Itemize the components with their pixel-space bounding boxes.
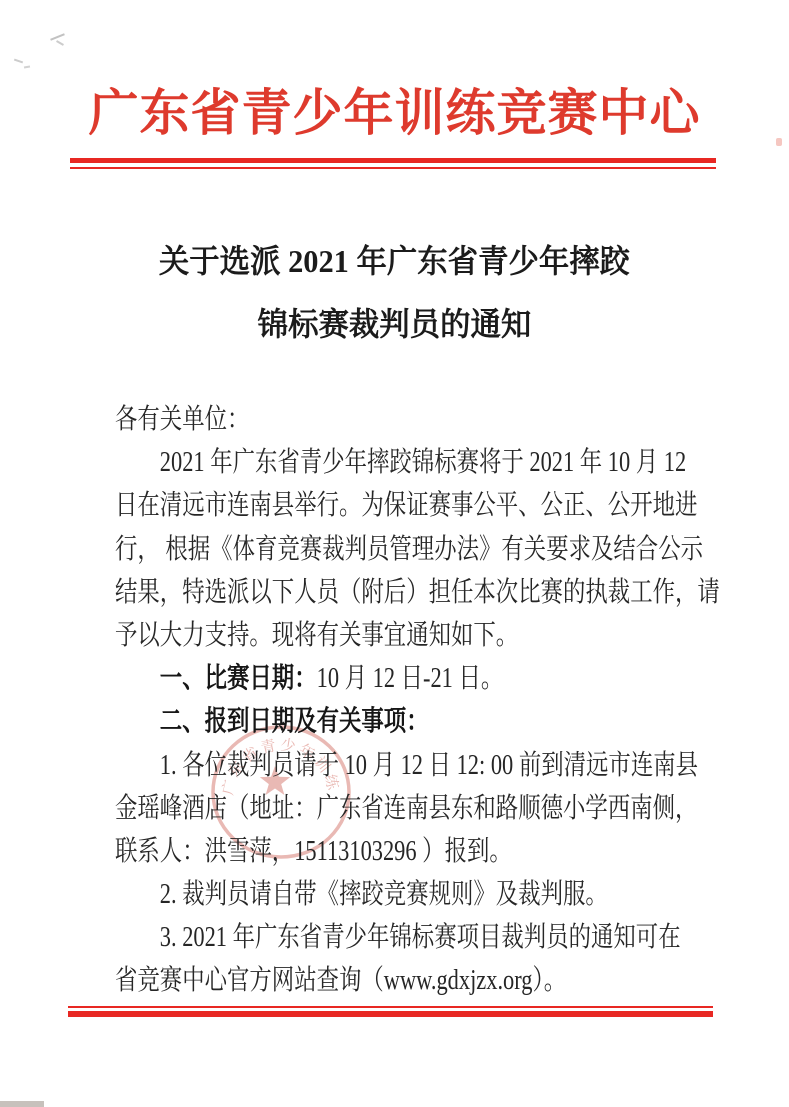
body-line: 予以大力支持。现将有关事宜通知如下。 <box>115 614 643 657</box>
scan-mark <box>24 65 30 68</box>
body-text: 10 月 12 日-21 日。 <box>317 663 504 694</box>
document-body: 各有关单位：2021 年广东省青少年摔跤锦标赛将于 2021 年 10 月 12… <box>115 398 775 1003</box>
body-text: 3. 2021 年广东省青少年锦标赛项目裁判员的通知可在 <box>160 922 681 953</box>
body-text: 各有关单位： <box>115 404 249 435</box>
letterhead-divider <box>70 158 716 169</box>
body-text: 行， 根据《体育竞赛裁判员管理办法》有关要求及结合公示 <box>115 534 703 565</box>
body-text: 日在清远市连南县举行。为保证赛事公平、公正、公开地进 <box>115 490 697 521</box>
body-line: 一、比赛日期：10 月 12 日-21 日。 <box>115 657 643 700</box>
body-line: 二、报到日期及有关事项： <box>115 700 643 743</box>
body-line: 2021 年广东省青少年摔跤锦标赛将于 2021 年 10 月 12 <box>115 441 643 484</box>
letterhead-org-name: 广东省青少年训练竞赛中心 <box>0 84 789 142</box>
scan-mark <box>50 33 65 40</box>
body-line: 联系人：洪雪萍，15113103296 ）报到。 <box>115 830 643 873</box>
body-line: 1. 各位裁判员请于 10 月 12 日 12: 00 前到清远市连南县 <box>115 744 643 787</box>
scan-mark <box>56 40 64 46</box>
body-text: 予以大力支持。现将有关事宜通知如下。 <box>115 620 518 651</box>
document-page: 广东省青少年训练竞赛中心 关于选派 2021 年广东省青少年摔跤 锦标赛裁判员的… <box>0 0 789 1107</box>
document-title-line2: 锦标赛裁判员的通知 <box>20 293 770 356</box>
divider-thick-line <box>68 1011 713 1017</box>
document-title: 关于选派 2021 年广东省青少年摔跤 锦标赛裁判员的通知 <box>0 230 789 356</box>
body-text: 1. 各位裁判员请于 10 月 12 日 12: 00 前到清远市连南县 <box>160 750 698 781</box>
body-text-bold: 二、报到日期及有关事项： <box>160 706 429 737</box>
body-line: 各有关单位： <box>115 398 643 441</box>
document-title-line1: 关于选派 2021 年广东省青少年摔跤 <box>20 230 770 293</box>
body-text: 2021 年广东省青少年摔跤锦标赛将于 2021 年 10 月 12 <box>160 447 686 478</box>
body-line: 3. 2021 年广东省青少年锦标赛项目裁判员的通知可在 <box>115 916 643 959</box>
body-line: 2. 裁判员请自带《摔跤竞赛规则》及裁判服。 <box>115 873 643 916</box>
body-line: 结果，特选派以下人员（附后）担任本次比赛的执裁工作，请 <box>115 571 643 614</box>
body-line: 行， 根据《体育竞赛裁判员管理办法》有关要求及结合公示 <box>115 528 643 571</box>
body-text: 金瑶峰酒店（地址：广东省连南县东和路顺德小学西南侧， <box>115 793 697 824</box>
body-line: 金瑶峰酒店（地址：广东省连南县东和路顺德小学西南侧， <box>115 787 643 830</box>
body-text: 结果，特选派以下人员（附后）担任本次比赛的执裁工作，请 <box>115 577 720 608</box>
body-line: 日在清远市连南县举行。为保证赛事公平、公正、公开地进 <box>115 484 643 527</box>
body-text: 省竞赛中心官方网站查询（www.gdxjzx.org）。 <box>115 965 566 996</box>
scan-mark <box>14 59 23 64</box>
divider-thin-line <box>70 167 716 169</box>
body-line: 省竞赛中心官方网站查询（www.gdxjzx.org）。 <box>115 959 643 1002</box>
body-text-bold: 一、比赛日期： <box>160 663 317 694</box>
divider-thin-line <box>68 1006 713 1008</box>
body-text: 2. 裁判员请自带《摔跤竞赛规则》及裁判服。 <box>160 879 608 910</box>
body-text: 联系人：洪雪萍，15113103296 ）报到。 <box>115 836 512 867</box>
divider-thick-line <box>70 158 716 163</box>
scan-mark <box>0 1101 44 1107</box>
footer-divider <box>68 1006 713 1017</box>
